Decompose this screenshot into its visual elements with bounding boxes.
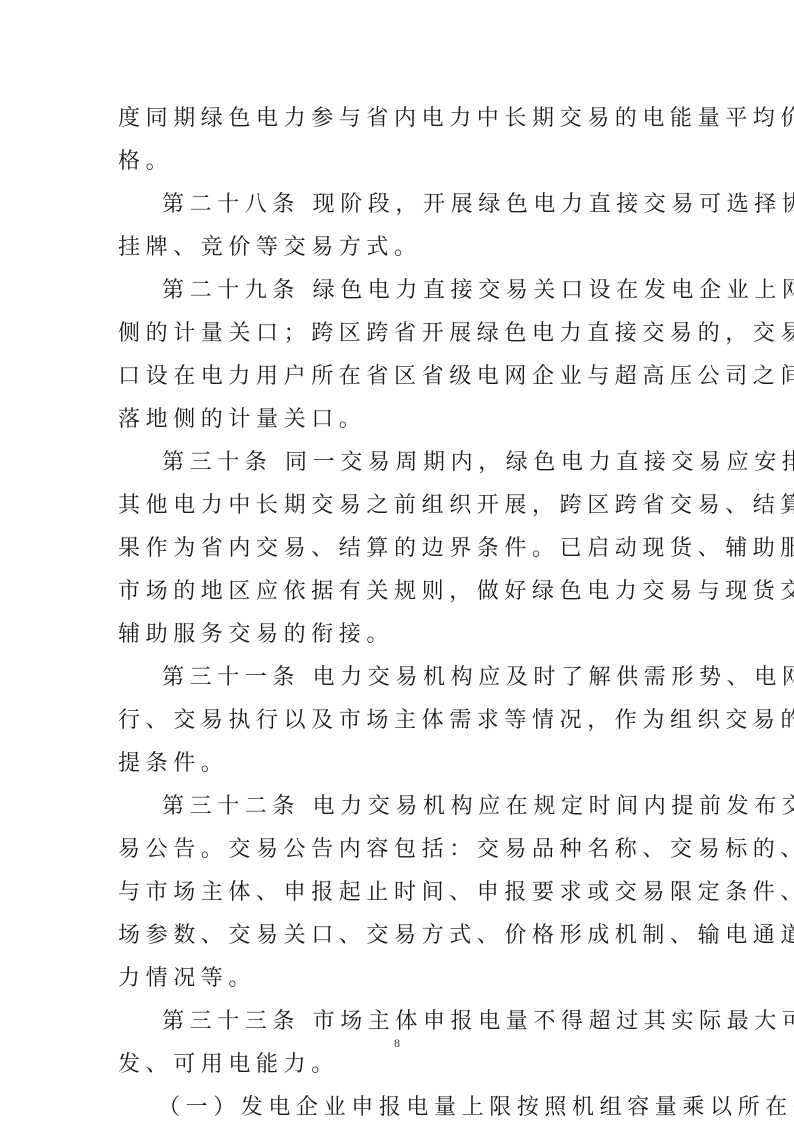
text-line: 场参数、交易关口、交易方式、价格形成机制、输电通道能 [118,914,678,957]
paragraph-article-33-item-1: （一）发电企业申报电量上限按照机组容量乘以所在省 [118,1086,678,1123]
text-line: 其他电力中长期交易之前组织开展，跨区跨省交易、结算结 [118,484,678,527]
paragraph-article-31: 第三十一条 电力交易机构应及时了解供需形势、电网运 行、交易执行以及市场主体需求… [118,656,678,785]
text-line: 度同期绿色电力参与省内电力中长期交易的电能量平均价 [118,97,678,140]
text-line: 挂牌、竞价等交易方式。 [118,226,678,269]
text-line: 第二十八条 现阶段，开展绿色电力直接交易可选择协商、 [118,183,678,226]
paragraph-continuation: 度同期绿色电力参与省内电力中长期交易的电能量平均价 格。 [118,97,678,183]
paragraph-article-30: 第三十条 同一交易周期内，绿色电力直接交易应安排在 其他电力中长期交易之前组织开… [118,441,678,656]
text-line: 行、交易执行以及市场主体需求等情况，作为组织交易的前 [118,699,678,742]
text-line: 力情况等。 [118,957,678,1000]
text-line: 第二十九条 绿色电力直接交易关口设在发电企业上网 [118,269,678,312]
text-line: 提条件。 [118,742,678,785]
page-number: 8 [0,1036,794,1051]
paragraph-article-32: 第三十二条 电力交易机构应在规定时间内提前发布交 易公告。交易公告内容包括：交易… [118,785,678,1000]
document-body: 度同期绿色电力参与省内电力中长期交易的电能量平均价 格。 第二十八条 现阶段，开… [118,97,678,1123]
text-line: 易公告。交易公告内容包括：交易品种名称、交易标的、参 [118,828,678,871]
text-line: 第三十一条 电力交易机构应及时了解供需形势、电网运 [118,656,678,699]
paragraph-article-29: 第二十九条 绿色电力直接交易关口设在发电企业上网 侧的计量关口；跨区跨省开展绿色… [118,269,678,441]
text-line: （一）发电企业申报电量上限按照机组容量乘以所在省 [118,1086,678,1123]
text-line: 格。 [118,140,678,183]
text-line: 与市场主体、申报起止时间、申报要求或交易限定条件、市 [118,871,678,914]
text-line: 辅助服务交易的衔接。 [118,613,678,656]
text-line: 侧的计量关口；跨区跨省开展绿色电力直接交易的，交易关 [118,312,678,355]
text-line: 第三十条 同一交易周期内，绿色电力直接交易应安排在 [118,441,678,484]
text-line: 果作为省内交易、结算的边界条件。已启动现货、辅助服务 [118,527,678,570]
text-line: 市场的地区应依据有关规则，做好绿色电力交易与现货交易、 [118,570,678,613]
text-line: 口设在电力用户所在省区省级电网企业与超高压公司之间 [118,355,678,398]
text-line: 落地侧的计量关口。 [118,398,678,441]
text-line: 第三十二条 电力交易机构应在规定时间内提前发布交 [118,785,678,828]
paragraph-article-28: 第二十八条 现阶段，开展绿色电力直接交易可选择协商、 挂牌、竞价等交易方式。 [118,183,678,269]
